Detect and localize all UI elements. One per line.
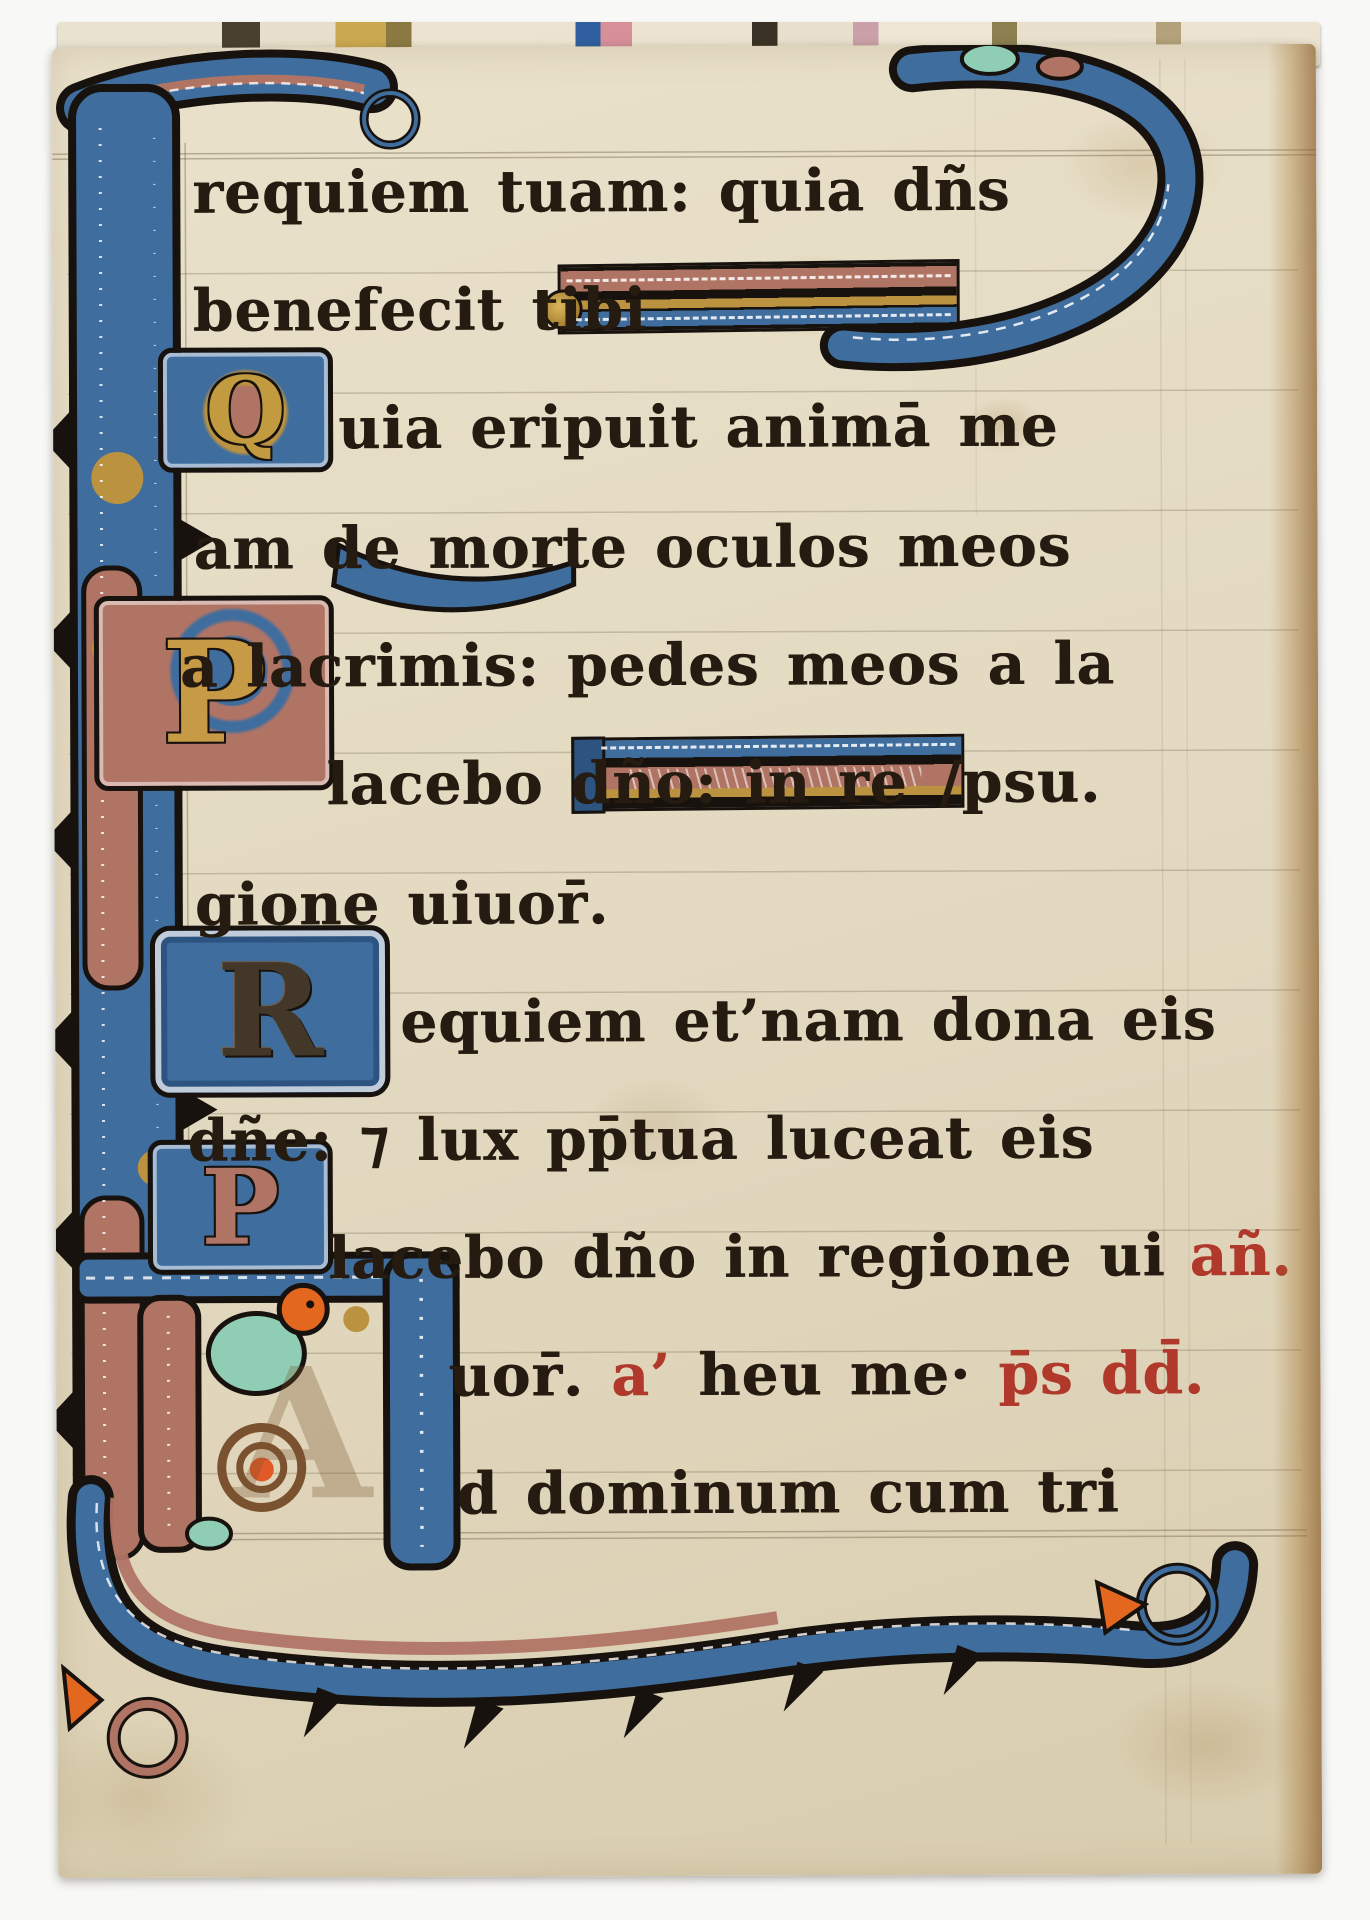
text-line-4: am de morte oculos meos <box>193 507 1071 588</box>
text-line-2: benefecit tibi <box>193 270 647 350</box>
text-line-8: equiem et’nam dona eis <box>400 980 1216 1061</box>
parchment-leaf: Q P R P A requiem tuam: quia dñs benefec… <box>52 44 1322 1878</box>
antiphon-rubric: añ. <box>1189 1221 1292 1289</box>
text-line-12: d dominum cum tri <box>457 1452 1120 1532</box>
antiphon-marker-rubric: a’ <box>611 1341 698 1409</box>
illuminated-initial-r: R <box>150 925 391 1098</box>
top-border-flourish <box>82 75 416 146</box>
text-line-7: gione uiuor̄. <box>195 864 610 943</box>
text-line-3: uia eripuit animā me <box>338 387 1059 468</box>
line-10-text: lacebo dño in regione ui <box>328 1221 1166 1292</box>
text-line-6: lacebo dño: in re <box>326 743 907 823</box>
initial-letter: Q <box>205 356 286 464</box>
line-11-text: uor̄. <box>448 1341 611 1410</box>
initial-letter: A <box>231 1329 371 1540</box>
text-line-1: requiem tuam: quia dñs <box>192 151 1010 232</box>
line-11-text: heu me· <box>698 1340 998 1409</box>
orange-tip <box>1097 1582 1145 1632</box>
gold-knot <box>91 452 143 504</box>
text-line-5: a lacrimis: pedes meos a la <box>180 625 1115 706</box>
text-line-6-overflow: ∕psu. <box>939 743 1101 822</box>
text-line-9: dñe: ⁊ lux pp̄tua luceat eis <box>187 1099 1094 1180</box>
initial-letter: R <box>217 936 324 1086</box>
manuscript-photo: Q P R P A requiem tuam: quia dñs benefec… <box>0 0 1370 1920</box>
orange-tip <box>63 1668 101 1728</box>
psalm-rubric: p̄s dd̄. <box>998 1339 1205 1408</box>
green-leaf-ornament <box>962 44 1018 74</box>
illuminated-initial-q: Q <box>158 347 333 473</box>
illuminated-initial-a: A <box>156 1299 447 1570</box>
text-line-11: uor̄. a’ heu me· p̄s dd̄. <box>448 1334 1205 1415</box>
text-line-10: lacebo dño in regione uiañ. <box>328 1216 1293 1297</box>
rose-leaf-ornament <box>1038 55 1082 79</box>
